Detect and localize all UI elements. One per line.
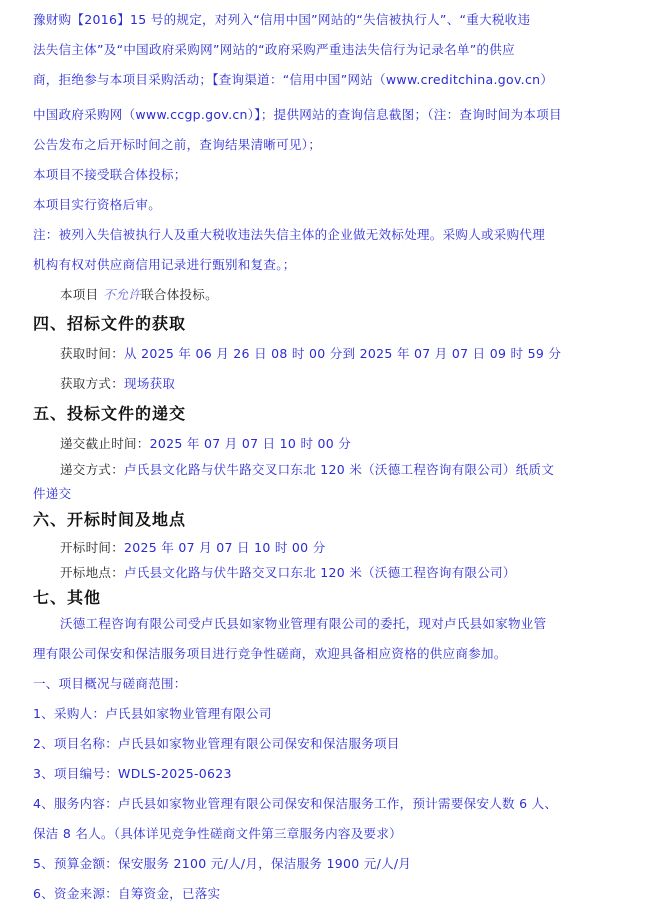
- obtain-method-value: 现场获取: [124, 376, 175, 391]
- submit-deadline-label: 递交截止时间：: [60, 436, 150, 451]
- consortium-emphasis: 不允许: [103, 287, 141, 302]
- other-paragraph-line: 沃德工程咨询有限公司受卢氏县如家物业管理有限公司的委托，现对卢氏县如家物业管: [60, 616, 546, 632]
- project-overview-subheading: 一、项目概况与磋商范围：: [33, 676, 187, 692]
- credit-note-line: 机构有权对供应商信用记录进行甄别和复查。；: [33, 257, 296, 273]
- obtain-time-value: 从 2025 年 06 月 26 日 08 时 00 分到 2025 年 07 …: [124, 346, 561, 361]
- overview-item-project-number: 3、项目编号：WDLS-2025-0623: [33, 766, 232, 782]
- obtain-time-label: 获取时间：: [60, 346, 124, 361]
- consortium-statement: 本项目 不允许联合体投标。: [60, 287, 218, 303]
- section-heading-6: 六、开标时间及地点: [33, 510, 186, 530]
- overview-item-service-content: 4、服务内容：卢氏县如家物业管理有限公司保安和保洁服务工作，预计需要保安人数 6…: [33, 796, 557, 812]
- opening-place-label: 开标地点：: [60, 565, 124, 580]
- opening-time-value: 2025 年 07 月 07 日 10 时 00 分: [124, 540, 326, 555]
- submit-method-continuation: 件递交: [33, 486, 71, 502]
- obtain-method-row: 获取方式：现场获取: [60, 376, 175, 392]
- qualification-review-note: 本项目实行资格后审。: [33, 197, 161, 213]
- submit-deadline-value: 2025 年 07 月 07 日 10 时 00 分: [150, 436, 352, 451]
- intro-line: 公告发布之后开标时间之前，查询结果清晰可见）；: [33, 137, 321, 153]
- section-heading-4: 四、招标文件的获取: [33, 314, 186, 334]
- section-heading-7: 七、其他: [33, 588, 101, 608]
- consortium-prefix: 本项目: [60, 287, 98, 302]
- submit-method-label: 递交方式：: [60, 462, 124, 477]
- overview-item-project-name: 2、项目名称：卢氏县如家物业管理有限公司保安和保洁服务项目: [33, 736, 400, 752]
- other-paragraph-line: 理有限公司保安和保洁服务项目进行竞争性磋商，欢迎具备相应资格的供应商参加。: [33, 646, 507, 662]
- intro-line: 中国政府采购网（www.ccgp.gov.cn）】；提供网站的查询信息截图；（注…: [33, 107, 562, 123]
- overview-item-service-content-cont: 保洁 8 名人。（具体详见竞争性磋商文件第三章服务内容及要求）: [33, 826, 402, 842]
- credit-note-line: 注：被列入失信被执行人及重大税收违法失信主体的企业做无效标处理。采购人或采购代理: [33, 227, 545, 243]
- opening-time-row: 开标时间：2025 年 07 月 07 日 10 时 00 分: [60, 540, 326, 556]
- consortium-suffix: 联合体投标。: [141, 287, 218, 302]
- overview-item-budget: 5、预算金额：保安服务 2100 元/人/月，保洁服务 1900 元/人/月: [33, 856, 411, 872]
- obtain-time-row: 获取时间：从 2025 年 06 月 26 日 08 时 00 分到 2025 …: [60, 346, 561, 362]
- submit-deadline-row: 递交截止时间：2025 年 07 月 07 日 10 时 00 分: [60, 436, 351, 452]
- intro-line: 法失信主体”及“中国政府采购网”网站的“政府采购严重违法失信行为记录名单”的供应: [33, 42, 515, 58]
- overview-item-purchaser: 1、采购人：卢氏县如家物业管理有限公司: [33, 706, 272, 722]
- no-consortium-note: 本项目不接受联合体投标；: [33, 167, 187, 183]
- intro-line: 豫财购【2016】15 号的规定，对列入“信用中国”网站的“失信被执行人”、“重…: [33, 12, 530, 28]
- submit-method-row: 递交方式：卢氏县文化路与伏牛路交叉口东北 120 米（沃德工程咨询有限公司）纸质…: [60, 462, 554, 478]
- section-heading-5: 五、投标文件的递交: [33, 404, 186, 424]
- opening-place-value: 卢氏县文化路与伏牛路交叉口东北 120 米（沃德工程咨询有限公司）: [124, 565, 516, 580]
- submit-method-value: 卢氏县文化路与伏牛路交叉口东北 120 米（沃德工程咨询有限公司）纸质文: [124, 462, 554, 477]
- opening-place-row: 开标地点：卢氏县文化路与伏牛路交叉口东北 120 米（沃德工程咨询有限公司）: [60, 565, 516, 581]
- overview-item-funding-source: 6、资金来源：自筹资金，已落实: [33, 886, 220, 902]
- intro-line: 商，拒绝参与本项目采购活动；【查询渠道：“信用中国”网站（www.creditc…: [33, 72, 553, 88]
- obtain-method-label: 获取方式：: [60, 376, 124, 391]
- opening-time-label: 开标时间：: [60, 540, 124, 555]
